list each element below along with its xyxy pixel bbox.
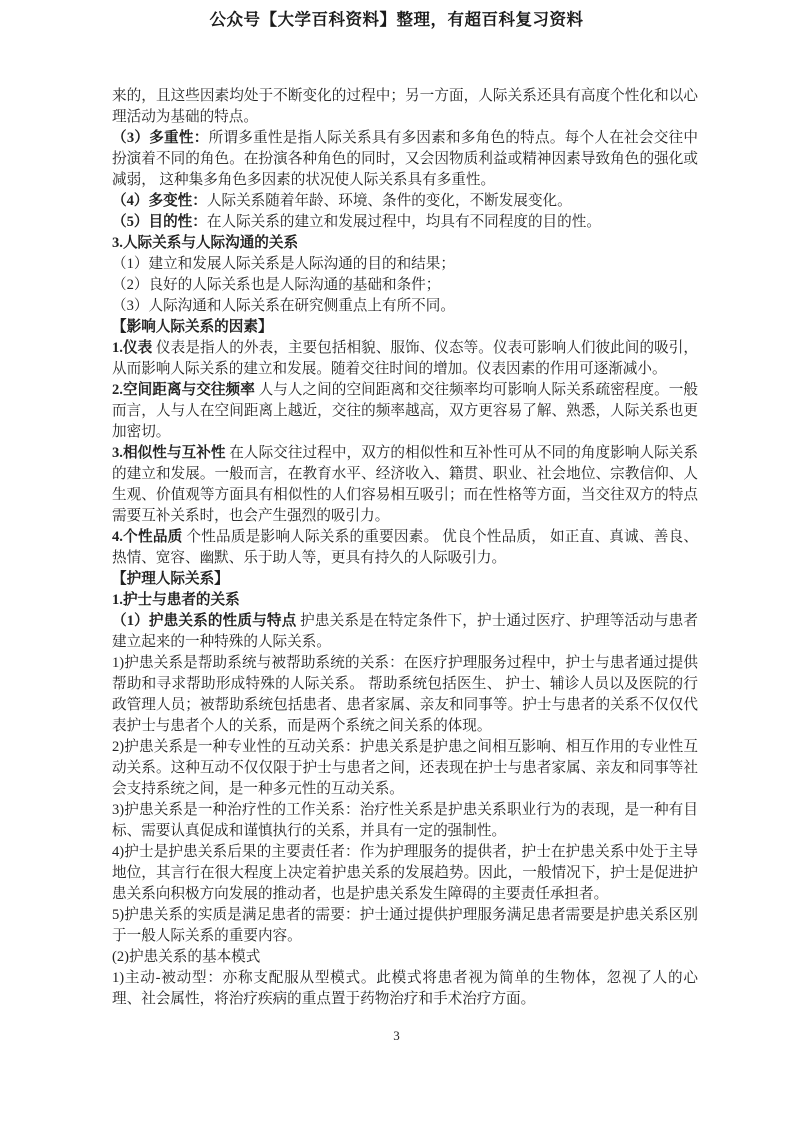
paragraph-text: 来的，且这些因素均处于不断变化的过程中；另一方面，人际关系还具有高度个性化和以心… bbox=[112, 88, 698, 125]
paragraph-text: 3)护患关系是一种治疗性的工作关系：治疗性关系是护患关系职业行为的表现，是一种有… bbox=[112, 802, 698, 839]
paragraph-text: 5)护患关系的实质是满足患者的需要：护士通过提供护理服务满足患者需要是护患关系区… bbox=[112, 907, 698, 944]
paragraph-lead-text: 【护理人际关系】 bbox=[112, 571, 229, 587]
paragraph: 2)护患关系是一种专业性的互动关系：护患关系是护患之间相互影响、相互作用的专业性… bbox=[112, 737, 698, 800]
paragraph: 1)护患关系是帮助系统与被帮助系统的关系：在医疗护理服务过程中，护士与患者通过提… bbox=[112, 653, 698, 737]
paragraph-text: 人际关系随着年龄、环境、条件的变化，不断发展变化。 bbox=[207, 193, 572, 209]
paragraph: （5）目的性：在人际关系的建立和发展过程中，均具有不同程度的目的性。 bbox=[112, 212, 698, 233]
paragraph: 3)护患关系是一种治疗性的工作关系：治疗性关系是护患关系职业行为的表现，是一种有… bbox=[112, 800, 698, 842]
paragraph-text: 个性品质是影响人际关系的重要因素。 优良个性品质， 如正直、真诚、善良、热情、宽… bbox=[112, 529, 698, 566]
paragraph-text: 1)主动-被动型：亦称支配服从型模式。此模式将患者视为简单的生物体，忽视了人的心… bbox=[112, 970, 698, 1007]
paragraph-text: 4)护士是护患关系后果的主要责任者：作为护理服务的提供者，护士在护患关系中处于主… bbox=[112, 844, 698, 902]
paragraph: （4）多变性：人际关系随着年龄、环境、条件的变化，不断发展变化。 bbox=[112, 191, 698, 212]
paragraph: 1.护士与患者的关系 bbox=[112, 590, 698, 611]
paragraph: （1）护患关系的性质与特点 护患关系是在特定条件下，护士通过医疗、护理等活动与患… bbox=[112, 611, 698, 653]
document-body: 来的，且这些因素均处于不断变化的过程中；另一方面，人际关系还具有高度个性化和以心… bbox=[112, 86, 698, 1010]
paragraph: 【影响人际关系的因素】 bbox=[112, 317, 698, 338]
paragraph-lead-text: （3）多重性： bbox=[112, 130, 209, 146]
paragraph-text: (2)护患关系的基本模式 bbox=[112, 949, 260, 965]
paragraph: (2)护患关系的基本模式 bbox=[112, 947, 698, 968]
paragraph: 1.仪表 仪表是指人的外表，主要包括相貌、服饰、仪态等。仪表可影响人们彼此间的吸… bbox=[112, 338, 698, 380]
paragraph: 2.空间距离与交往频率 人与人之间的空间距离和交往频率均可影响人际关系疏密程度。… bbox=[112, 380, 698, 443]
paragraph: 4.个性品质 个性品质是影响人际关系的重要因素。 优良个性品质， 如正直、真诚、… bbox=[112, 527, 698, 569]
page-header: 公众号【大学百科资料】整理，有超百科复习资料 bbox=[0, 6, 793, 30]
paragraph: 4)护士是护患关系后果的主要责任者：作为护理服务的提供者，护士在护患关系中处于主… bbox=[112, 842, 698, 905]
paragraph-lead-text: 2.空间距离与交往频率 bbox=[112, 382, 255, 398]
paragraph: （1）建立和发展人际关系是人际沟通的目的和结果； bbox=[112, 254, 698, 275]
paragraph-lead-text: 4.个性品质 bbox=[112, 529, 182, 545]
paragraph: 3.人际关系与人际沟通的关系 bbox=[112, 233, 698, 254]
paragraph-lead-text: 1.仪表 bbox=[112, 340, 152, 356]
paragraph: 1)主动-被动型：亦称支配服从型模式。此模式将患者视为简单的生物体，忽视了人的心… bbox=[112, 968, 698, 1010]
paragraph-text: （2）良好的人际关系也是人际沟通的基础和条件； bbox=[112, 277, 440, 293]
paragraph-lead-text: 【影响人际关系的因素】 bbox=[112, 319, 273, 335]
paragraph-lead-text: （1）护患关系的性质与特点 bbox=[112, 613, 296, 629]
paragraph: 【护理人际关系】 bbox=[112, 569, 698, 590]
paragraph: （3）人际沟通和人际关系在研究侧重点上有所不同。 bbox=[112, 296, 698, 317]
paragraph: 3.相似性与互补性 在人际交往过程中，双方的相似性和互补性可从不同的角度影响人际… bbox=[112, 443, 698, 527]
paragraph-text: （1）建立和发展人际关系是人际沟通的目的和结果； bbox=[112, 256, 455, 272]
document-page: { "document": { "header": "公众号【大学百科资料】整理… bbox=[0, 0, 793, 1122]
paragraph-lead-text: （4）多变性： bbox=[112, 193, 207, 209]
paragraph: 5)护患关系的实质是满足患者的需要：护士通过提供护理服务满足患者需要是护患关系区… bbox=[112, 905, 698, 947]
paragraph-text: 2)护患关系是一种专业性的互动关系：护患关系是护患之间相互影响、相互作用的专业性… bbox=[112, 739, 698, 797]
paragraph: （3）多重性：所谓多重性是指人际关系具有多因素和多角色的特点。每个人在社会交往中… bbox=[112, 128, 698, 191]
paragraph-lead-text: 3.人际关系与人际沟通的关系 bbox=[112, 235, 298, 251]
paragraph-text: 仪表是指人的外表，主要包括相貌、服饰、仪态等。仪表可影响人们彼此间的吸引，从而影… bbox=[112, 340, 698, 377]
paragraph-lead-text: 3.相似性与互补性 bbox=[112, 445, 226, 461]
paragraph-text: （3）人际沟通和人际关系在研究侧重点上有所不同。 bbox=[112, 298, 455, 314]
paragraph-lead-text: 1.护士与患者的关系 bbox=[112, 592, 240, 608]
paragraph-text: 在人际关系的建立和发展过程中，均具有不同程度的目的性。 bbox=[207, 214, 601, 230]
paragraph: （2）良好的人际关系也是人际沟通的基础和条件； bbox=[112, 275, 698, 296]
paragraph: 来的，且这些因素均处于不断变化的过程中；另一方面，人际关系还具有高度个性化和以心… bbox=[112, 86, 698, 128]
page-number: 3 bbox=[0, 1028, 793, 1044]
paragraph-text: 1)护患关系是帮助系统与被帮助系统的关系：在医疗护理服务过程中，护士与患者通过提… bbox=[112, 655, 698, 734]
paragraph-lead-text: （5）目的性： bbox=[112, 214, 207, 230]
